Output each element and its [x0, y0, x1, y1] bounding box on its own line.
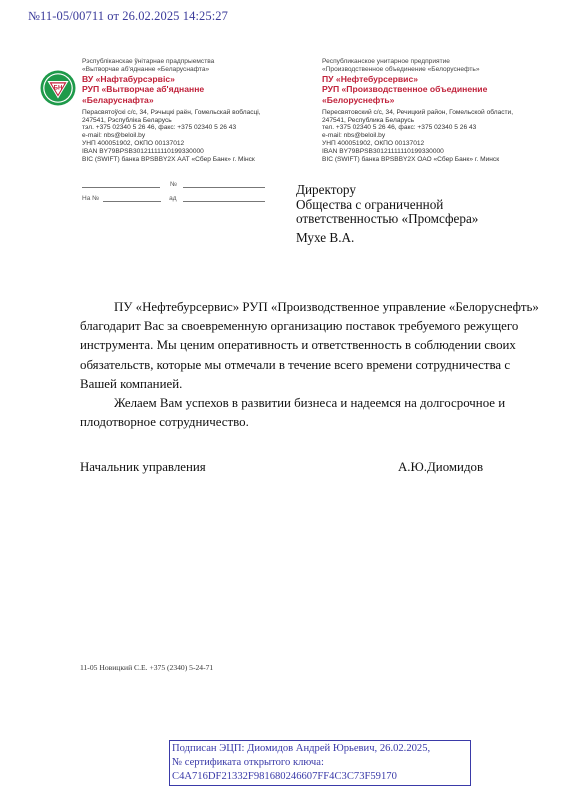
body-paragraph: ПУ «Нефтебурсервис» РУП «Производственно… [80, 298, 540, 394]
org-name: ВУ «Нафтабурсэрвіс» [82, 75, 312, 85]
number-blank-line [183, 180, 265, 188]
org-subtitle: Республиканское унитарное предприятие [322, 58, 552, 66]
svg-text:БН: БН [54, 86, 63, 92]
incoming-number-blank-line [103, 194, 161, 202]
org-name: «Беларуснафта» [82, 96, 312, 106]
outgoing-number-row: № [82, 176, 282, 188]
iban: IBAN BY79BPSB30121111110199330000 [82, 148, 312, 156]
phone: тэл. +375 02340 5 26 46, факс: +375 0234… [82, 124, 312, 132]
addressee-org: Общества с ограниченной [296, 198, 478, 213]
unp: УНП 400051902, ОКПО 00137012 [82, 140, 312, 148]
executor-info: 11-05 Новицкий С.Е. +375 (2340) 5-24-71 [80, 663, 213, 672]
certificate-number: C4A716DF21332F981680246607FF4C3C73F59170 [172, 770, 468, 784]
letterhead-belarusian: Рэспубліканскае ўнітарнае прадпрыемства … [82, 58, 312, 164]
email: e-mail: nbs@beloil.by [322, 132, 552, 140]
letter-body: ПУ «Нефтебурсервис» РУП «Производственно… [80, 298, 540, 432]
org-name: ПУ «Нефтебурсервис» [322, 75, 552, 85]
addressee-org: ответственностью «Промсфера» [296, 212, 478, 227]
addressee-title: Директору [296, 183, 478, 198]
signature-signed-by: Подписан ЭЦП: Диомидов Андрей Юрьевич, 2… [172, 742, 468, 756]
signer-position: Начальник управления [80, 460, 206, 475]
org-subtitle: Рэспубліканскае ўнітарнае прадпрыемства [82, 58, 312, 66]
date-label: ад [161, 195, 182, 202]
phone: тел. +375 02340 5 26 46, факс: +375 0234… [322, 124, 552, 132]
org-subtitle: «Производственное объединение «Белорусне… [322, 66, 552, 74]
date-blank-line [82, 180, 160, 188]
outgoing-reference-block: № На № ад [82, 176, 282, 204]
incoming-date-blank-line [183, 194, 265, 202]
address: 247541, Рэспубліка Беларусь [82, 117, 312, 125]
org-contacts: Перасвятоўскі с/с, 34, Рэчыцкі раён, Гом… [82, 109, 312, 164]
number-label: № [160, 181, 183, 188]
signer-name: А.Ю.Диомидов [398, 460, 483, 475]
address: Пересвятовский с/с, 34, Речицкий район, … [322, 109, 552, 117]
certificate-label: № сертификата открытого ключа: [172, 756, 468, 770]
on-number-label: На № [82, 195, 103, 202]
address: Перасвятоўскі с/с, 34, Рэчыцкі раён, Гом… [82, 109, 312, 117]
org-name: РУП «Вытворчае аб'яднанне [82, 85, 312, 95]
unp: УНП 400051902, ОКПО 00137012 [322, 140, 552, 148]
addressee-block: Директору Общества с ограниченной ответс… [296, 183, 478, 245]
org-subtitle: «Вытворчае аб'яднанне «Беларуснафта» [82, 66, 312, 74]
digital-signature-stamp: Подписан ЭЦП: Диомидов Андрей Юрьевич, 2… [169, 740, 471, 786]
org-name: «Белоруснефть» [322, 96, 552, 106]
registration-number: №11-05/00711 от 26.02.2025 14:25:27 [28, 9, 228, 24]
addressee-name: Мухе В.А. [296, 231, 478, 246]
bic: BIC (SWIFT) банка BPSBBY2X ААТ «Сбер Бан… [82, 156, 312, 164]
letterhead-russian: Республиканское унитарное предприятие «П… [322, 58, 552, 164]
org-contacts: Пересвятовский с/с, 34, Речицкий район, … [322, 109, 552, 164]
belarusneft-logo-icon: БН [40, 70, 76, 106]
iban: IBAN BY79BPSB30121111110199330000 [322, 148, 552, 156]
body-paragraph: Желаем Вам успехов в развитии бизнеса и … [80, 394, 540, 432]
bic: BIC (SWIFT) банка BPSBBY2X ОАО «Сбер Бан… [322, 156, 552, 164]
address: 247541, Республика Беларусь [322, 117, 552, 125]
email: e-mail: nbs@beloil.by [82, 132, 312, 140]
org-name: РУП «Производственное объединение [322, 85, 552, 95]
incoming-reference-row: На № ад [82, 190, 282, 202]
